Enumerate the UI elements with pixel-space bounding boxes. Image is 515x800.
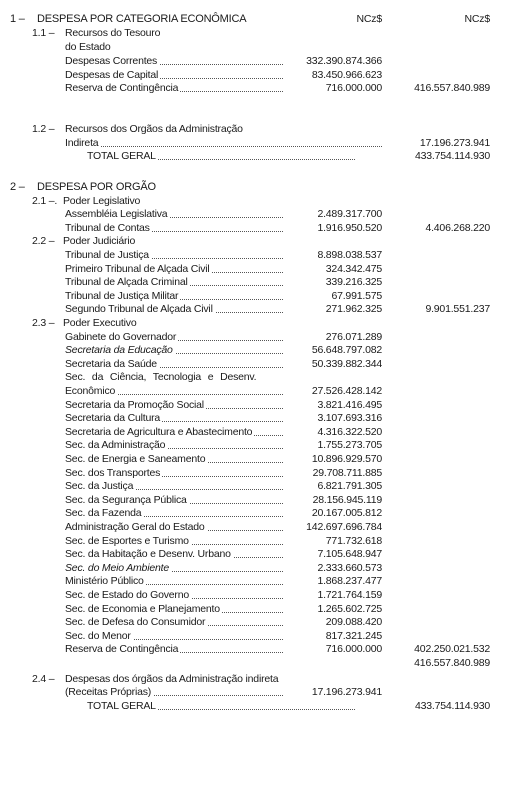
table-row: Sec. de Estado do Governo1.721.764.159	[0, 589, 515, 602]
row-label-text: Gabinete do Governador	[65, 331, 178, 343]
row-value-col1: 3.821.416.495	[317, 399, 382, 412]
subsection-2-4-title: Despesas dos órgãos da Administração ind…	[65, 673, 278, 686]
row-value-col1: 716.000.000	[326, 643, 382, 656]
row-label: Secretaria da Promoção Social	[65, 399, 283, 412]
table-row: Sec. do Meio Ambiente2.333.660.573	[0, 562, 515, 575]
row-label-text: Administração Geral do Estado	[65, 521, 207, 533]
table-row: Sec. da Administração1.755.273.705	[0, 439, 515, 452]
row-label-text: Reserva de Contingência	[65, 82, 180, 94]
row-label: Sec. de Esportes e Turismo	[65, 535, 283, 548]
row-label-text: Secretaria da Promoção Social	[65, 399, 206, 411]
row-label-text: Despesas de Capital	[65, 69, 160, 81]
total-label: TOTAL GERAL	[87, 700, 355, 713]
row-label-text: Sec. do Meio Ambiente	[65, 562, 171, 574]
table-row: Gabinete do Governador276.071.289	[0, 331, 515, 344]
row-label: (Receitas Próprias)	[65, 686, 283, 699]
total-row-section-2: TOTAL GERAL433.754.114.930	[0, 700, 515, 713]
row-label: Econômico	[65, 385, 283, 398]
row-value-col1: 1.265.602.725	[317, 603, 382, 616]
table-row: Sec. de Defesa do Consumidor209.088.420	[0, 616, 515, 629]
currency-header-col2: NCz$	[465, 13, 490, 26]
row-value-col1: 1.755.273.705	[317, 439, 382, 452]
subsection-2-4-number: 2.4 –	[32, 673, 54, 686]
row-label: Secretaria de Agricultura e Abasteciment…	[65, 426, 283, 439]
table-row: Tribunal de Justiça Militar67.991.575	[0, 290, 515, 303]
row-label-text: Assembléia Legislativa	[65, 208, 169, 220]
row-value-col2: 9.901.551.237	[425, 303, 490, 316]
row-value-col1: 27.526.428.142	[312, 385, 382, 398]
row-label-text: Secretaria da Educação	[65, 344, 175, 356]
row-label: Tribunal de Alçada Criminal	[65, 276, 283, 289]
subtotal-value: 416.557.840.989	[414, 657, 490, 670]
row-value-col1: 6.821.791.305	[317, 480, 382, 493]
section-1-header: 1 – DESPESA POR CATEGORIA ECONÔMICA NCz$…	[0, 13, 515, 26]
row-value-col1: 142.697.696.784	[306, 521, 382, 534]
row-value-col1: 1.721.764.159	[317, 589, 382, 602]
row-value-col2: 17.196.273.941	[420, 137, 490, 150]
row-label-text: Secretaria de Agricultura e Abasteciment…	[65, 426, 254, 438]
table-row: Sec. de Energia e Saneamento10.896.929.5…	[0, 453, 515, 466]
row-value-col1: 339.216.325	[326, 276, 382, 289]
row-label: Sec. de Energia e Saneamento	[65, 453, 283, 466]
row-value-col1: 20.167.005.812	[312, 507, 382, 520]
row-value-col2: 4.406.268.220	[425, 222, 490, 235]
row-value-col1: 276.071.289	[326, 331, 382, 344]
row-label-text: Tribunal de Contas	[65, 222, 152, 234]
total-value: 433.754.114.930	[415, 150, 490, 163]
table-row: Sec. da Justiça6.821.791.305	[0, 480, 515, 493]
subsection-2-3-number: 2.3 –	[32, 317, 54, 330]
row-label: Sec. do Menor	[65, 630, 283, 643]
table-row: Administração Geral do Estado142.697.696…	[0, 521, 515, 534]
subsection-2-2-number: 2.2 –	[32, 235, 54, 248]
table-row: Secretaria da Cultura3.107.693.316	[0, 412, 515, 425]
table-row: Primeiro Tribunal de Alçada Civil324.342…	[0, 263, 515, 276]
subsection-2-1-number: 2.1 –.	[32, 195, 57, 208]
row-label: Sec. dos Transportes	[65, 467, 283, 480]
row-label: Sec. de Defesa do Consumidor	[65, 616, 283, 629]
subsection-1-1-number: 1.1 –	[32, 27, 54, 40]
row-label-text: Econômico	[65, 385, 117, 397]
row-label: Primeiro Tribunal de Alçada Civil	[65, 263, 283, 276]
table-row: Sec. dos Transportes29.708.711.885	[0, 467, 515, 480]
row-label-text: (Receitas Próprias)	[65, 686, 153, 698]
row-value-col1: 209.088.420	[326, 616, 382, 629]
row-label-text: Primeiro Tribunal de Alçada Civil	[65, 263, 212, 275]
currency-header-col1: NCz$	[357, 13, 382, 26]
table-row: Tribunal de Contas1.916.950.5204.406.268…	[0, 222, 515, 235]
table-row: Sec. de Economia e Planejamento1.265.602…	[0, 603, 515, 616]
table-row: Secretaria de Agricultura e Abasteciment…	[0, 426, 515, 439]
table-row: Tribunal de Justiça8.898.038.537	[0, 249, 515, 262]
row-label-text: Despesas Correntes	[65, 55, 159, 67]
table-row: Secretaria da Educação56.648.797.082	[0, 344, 515, 357]
row-label: Secretaria da Saúde	[65, 358, 283, 371]
table-row: Secretaria da Promoção Social3.821.416.4…	[0, 399, 515, 412]
row-value-col1: 17.196.273.941	[312, 686, 382, 699]
row-label-text: Sec. de Estado do Governo	[65, 589, 191, 601]
section-2-title: DESPESA POR ORGÃO	[37, 181, 156, 194]
row-label: Despesas Correntes	[65, 55, 283, 68]
subsection-2-4: 2.4 –Despesas dos órgãos da Administraçã…	[0, 673, 515, 686]
row-value-col1: 10.896.929.570	[312, 453, 382, 466]
row-value-col1: 8.898.038.537	[317, 249, 382, 262]
row-value-col1: 4.316.322.520	[317, 426, 382, 439]
row-label: Tribunal de Contas	[65, 222, 283, 235]
subsection-1-1-title: Recursos do Tesouro	[65, 27, 160, 40]
row-label-text: Sec. de Economia e Planejamento	[65, 603, 222, 615]
table-row: Sec. da Ciência, Tecnologia e Desenv.	[0, 371, 515, 384]
row-value-col1: 324.342.475	[326, 263, 382, 276]
table-row: Sec. da Segurança Pública28.156.945.119	[0, 494, 515, 507]
table-row: Econômico27.526.428.142	[0, 385, 515, 398]
row-value-col1: 2.333.660.573	[317, 562, 382, 575]
row-label: Reserva de Contingência	[65, 643, 283, 656]
subsection-1-2-number: 1.2 –	[32, 123, 54, 136]
row-value-col1: 56.648.797.082	[312, 344, 382, 357]
row-label: Sec. da Fazenda	[65, 507, 283, 520]
table-row: Despesas de Capital83.450.966.623	[0, 69, 515, 82]
subsection-2-3-title: Poder Executivo	[63, 317, 136, 330]
subsection-1-1-title-line2: do Estado	[0, 41, 515, 54]
row-label-text: Sec. da Habitação e Desenv. Urbano	[65, 548, 233, 560]
budget-document: 1 – DESPESA POR CATEGORIA ECONÔMICA NCz$…	[0, 0, 515, 800]
table-row: Sec. de Esportes e Turismo771.732.618	[0, 535, 515, 548]
row-label: Gabinete do Governador	[65, 331, 283, 344]
row-label-text: Tribunal de Alçada Criminal	[65, 276, 190, 288]
table-row: Reserva de Contingência716.000.000416.55…	[0, 82, 515, 95]
row-label: Despesas de Capital	[65, 69, 283, 82]
row-label-text: Segundo Tribunal de Alçada Civil	[65, 303, 215, 315]
row-label-text: Sec. de Esportes e Turismo	[65, 535, 191, 547]
section-1-number: 1 –	[10, 13, 25, 26]
row-value-col1: 771.732.618	[326, 535, 382, 548]
subsection-1-1-title-cont: do Estado	[65, 41, 111, 54]
table-row: (Receitas Próprias)17.196.273.941	[0, 686, 515, 699]
total-label: TOTAL GERAL	[87, 150, 355, 163]
table-row: Despesas Correntes332.390.874.366	[0, 55, 515, 68]
row-label: Sec. da Ciência, Tecnologia e Desenv.	[65, 371, 283, 384]
row-value-col1: 28.156.945.119	[313, 494, 382, 507]
table-row: Sec. da Fazenda20.167.005.812	[0, 507, 515, 520]
row-label: Sec. da Administração	[65, 439, 283, 452]
row-value-col1: 1.868.237.477	[317, 575, 382, 588]
total-value: 433.754.114.930	[415, 700, 490, 713]
row-label-text: Ministério Público	[65, 575, 146, 587]
row-label: Sec. de Estado do Governo	[65, 589, 283, 602]
table-row: Ministério Público1.868.237.477	[0, 575, 515, 588]
subsection-2-2-title: Poder Judiciário	[63, 235, 135, 248]
table-row: Reserva de Contingência716.000.000402.25…	[0, 643, 515, 656]
section-1-title: DESPESA POR CATEGORIA ECONÔMICA	[37, 13, 246, 26]
row-label-text: Tribunal de Justiça	[65, 249, 151, 261]
row-value-col1: 29.708.711.885	[313, 467, 382, 480]
subsection-1-2: 1.2 –Recursos dos Orgãos da Administraçã…	[0, 123, 515, 136]
row-label-text: Tribunal de Justiça Militar	[65, 290, 180, 302]
subsection-2-1: 2.1 –.Poder Legislativo	[0, 195, 515, 208]
row-label-text: Reserva de Contingência	[65, 643, 180, 655]
row-label: Tribunal de Justiça	[65, 249, 283, 262]
row-label-text: Secretaria da Cultura	[65, 412, 162, 424]
table-row: Assembléia Legislativa2.489.317.700	[0, 208, 515, 221]
row-label: Segundo Tribunal de Alçada Civil	[65, 303, 283, 316]
row-label-text: Sec. de Energia e Saneamento	[65, 453, 207, 465]
row-label: Assembléia Legislativa	[65, 208, 283, 221]
row-label-text: Sec. do Menor	[65, 630, 133, 642]
subsection-1-1-header: 1.1 – Recursos do Tesouro	[0, 27, 515, 40]
row-label-text: Sec. dos Transportes	[65, 467, 162, 479]
total-label-text: TOTAL GERAL	[87, 700, 158, 712]
row-label: Tribunal de Justiça Militar	[65, 290, 283, 303]
row-value-col1: 67.991.575	[331, 290, 382, 303]
subsection-2-3: 2.3 –Poder Executivo	[0, 317, 515, 330]
row-value-col1: 7.105.648.947	[317, 548, 382, 561]
row-label-text: Sec. da Ciência, Tecnologia e Desenv.	[65, 371, 258, 383]
row-label: Administração Geral do Estado	[65, 521, 283, 534]
row-label: Reserva de Contingência	[65, 82, 283, 95]
row-value-col1: 3.107.693.316	[317, 412, 382, 425]
table-row: Secretaria da Saúde50.339.882.344	[0, 358, 515, 371]
row-label-text: Sec. da Administração	[65, 439, 167, 451]
row-value-col1: 50.339.882.344	[312, 358, 382, 371]
row-value-col1: 716.000.000	[326, 82, 382, 95]
row-label-text: Sec. da Segurança Pública	[65, 494, 189, 506]
row-value-col1: 83.450.966.623	[312, 69, 382, 82]
table-row: Sec. do Menor817.321.245	[0, 630, 515, 643]
total-label-text: TOTAL GERAL	[87, 150, 158, 162]
row-label: Sec. da Segurança Pública	[65, 494, 283, 507]
section-2-number: 2 –	[10, 181, 25, 194]
subsection-2-1-title: Poder Legislativo	[63, 195, 140, 208]
row-value-col1: 817.321.245	[326, 630, 382, 643]
subsection-2-2: 2.2 –Poder Judiciário	[0, 235, 515, 248]
row-label: Secretaria da Cultura	[65, 412, 283, 425]
table-row: Tribunal de Alçada Criminal339.216.325	[0, 276, 515, 289]
row-label: Sec. da Justiça	[65, 480, 283, 493]
row-value-col1: 1.916.950.520	[317, 222, 382, 235]
subsection-1-2-title: Recursos dos Orgãos da Administração	[65, 123, 243, 136]
row-label: Sec. da Habitação e Desenv. Urbano	[65, 548, 283, 561]
row-label-text: Sec. da Justiça	[65, 480, 135, 492]
section-2-header: 2 –DESPESA POR ORGÃO	[0, 181, 515, 194]
row-label: Sec. do Meio Ambiente	[65, 562, 283, 575]
table-row: Segundo Tribunal de Alçada Civil271.962.…	[0, 303, 515, 316]
row-label: Sec. de Economia e Planejamento	[65, 603, 283, 616]
row-label-text: Secretaria da Saúde	[65, 358, 159, 370]
row-value-col1: 271.962.325	[326, 303, 382, 316]
row-label-text: Indireta	[65, 137, 100, 149]
row-label-text: Sec. da Fazenda	[65, 507, 143, 519]
row-value-col1: 2.489.317.700	[317, 208, 382, 221]
row-label: Indireta	[65, 137, 382, 150]
total-row-section-1: TOTAL GERAL433.754.114.930	[0, 150, 515, 163]
row-label-text: Sec. de Defesa do Consumidor	[65, 616, 207, 628]
row-value-col2: 402.250.021.532	[414, 643, 490, 656]
row-label: Secretaria da Educação	[65, 344, 283, 357]
row-label: Ministério Público	[65, 575, 283, 588]
row-value-col1: 332.390.874.366	[306, 55, 382, 68]
table-row: Indireta17.196.273.941	[0, 137, 515, 150]
row-value-col2: 416.557.840.989	[414, 82, 490, 95]
subtotal-row-executivo: 416.557.840.989	[0, 657, 515, 670]
table-row: Sec. da Habitação e Desenv. Urbano7.105.…	[0, 548, 515, 561]
